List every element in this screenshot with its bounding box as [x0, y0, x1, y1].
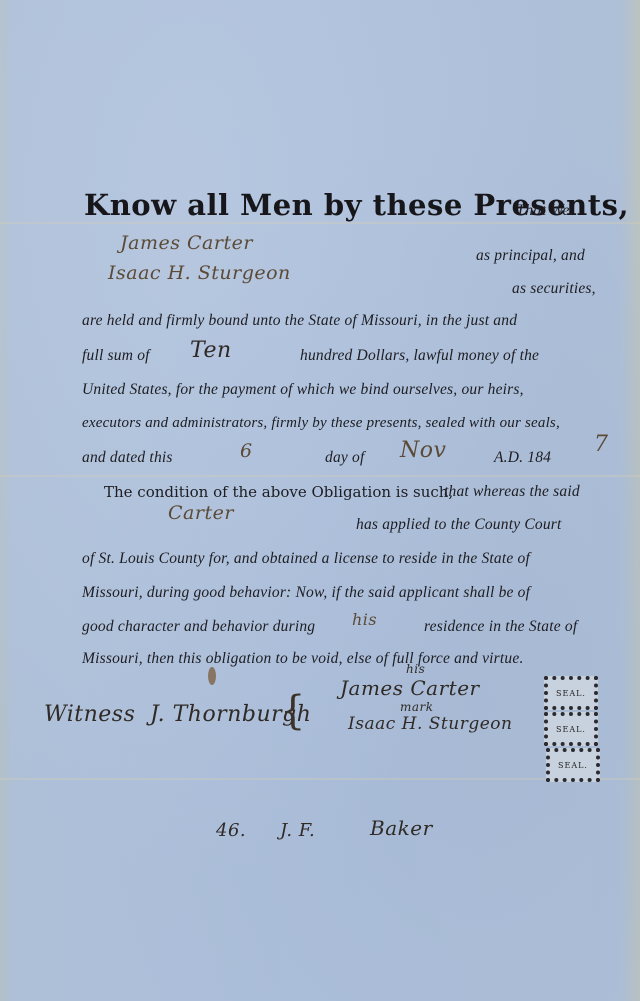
condition-line-2: has applied to the County Court [356, 516, 562, 534]
seal-box-3: SEAL. [546, 748, 600, 782]
principal-name-handwritten: James Carter [120, 232, 253, 254]
body-line-2a: full sum of [82, 347, 150, 365]
day-handwritten: 6 [240, 440, 253, 462]
document-page: Know all Men by these Presents, That We.… [0, 0, 640, 1001]
security-name-handwritten: Isaac H. Sturgeon [108, 262, 291, 284]
witness-label-handwritten: Witness [44, 702, 135, 727]
condition-intro: The condition of the above Obligation is… [104, 483, 453, 501]
dated-label: and dated this [82, 449, 173, 467]
sum-handwritten: Ten [190, 338, 232, 363]
signer2-signature: Isaac H. Sturgeon [348, 714, 512, 734]
pronoun-handwritten: his [352, 610, 377, 629]
heading-continuation: That We. [516, 202, 574, 220]
notation-name: Baker [370, 816, 433, 840]
notation-initials: J. F. [280, 820, 315, 841]
applicant-name-handwritten: Carter [168, 502, 234, 524]
signer1-signature: James Carter [340, 676, 480, 700]
year-prefix-label: A.D. 184 [494, 449, 551, 467]
fold-line [0, 475, 640, 477]
condition-line-4: Missouri, during good behavior: Now, if … [82, 584, 530, 602]
body-line-3: United States, for the payment of which … [82, 381, 524, 399]
signer1-mark-his: his [406, 662, 425, 676]
security-role-label: as securities, [512, 280, 596, 298]
condition-line-3: of St. Louis County for, and obtained a … [82, 550, 530, 568]
day-of-label: day of [325, 449, 365, 467]
condition-line-5b: residence in the State of [424, 618, 577, 636]
condition-line-6: Missouri, then this obligation to be voi… [82, 650, 524, 668]
month-handwritten: Nov [400, 438, 446, 463]
seal-box-1: SEAL. [544, 676, 598, 710]
body-line-4: executors and administrators, firmly by … [82, 415, 560, 432]
principal-role-label: as principal, and [476, 247, 585, 265]
condition-intro-italic: that whereas the said [444, 483, 580, 501]
year-suffix-handwritten: 7 [594, 432, 609, 457]
signature-brace: { [280, 688, 305, 734]
fold-line [0, 778, 640, 780]
notation-number: 46. [216, 820, 246, 841]
body-line-2b: hundred Dollars, lawful money of the [300, 347, 539, 365]
fold-line [0, 222, 640, 224]
condition-line-5a: good character and behavior during [82, 618, 315, 636]
ink-stain [208, 667, 216, 685]
signer1-mark-label: mark [400, 700, 434, 714]
body-line-1: are held and firmly bound unto the State… [82, 312, 517, 330]
seal-box-2: SEAL. [544, 712, 598, 746]
